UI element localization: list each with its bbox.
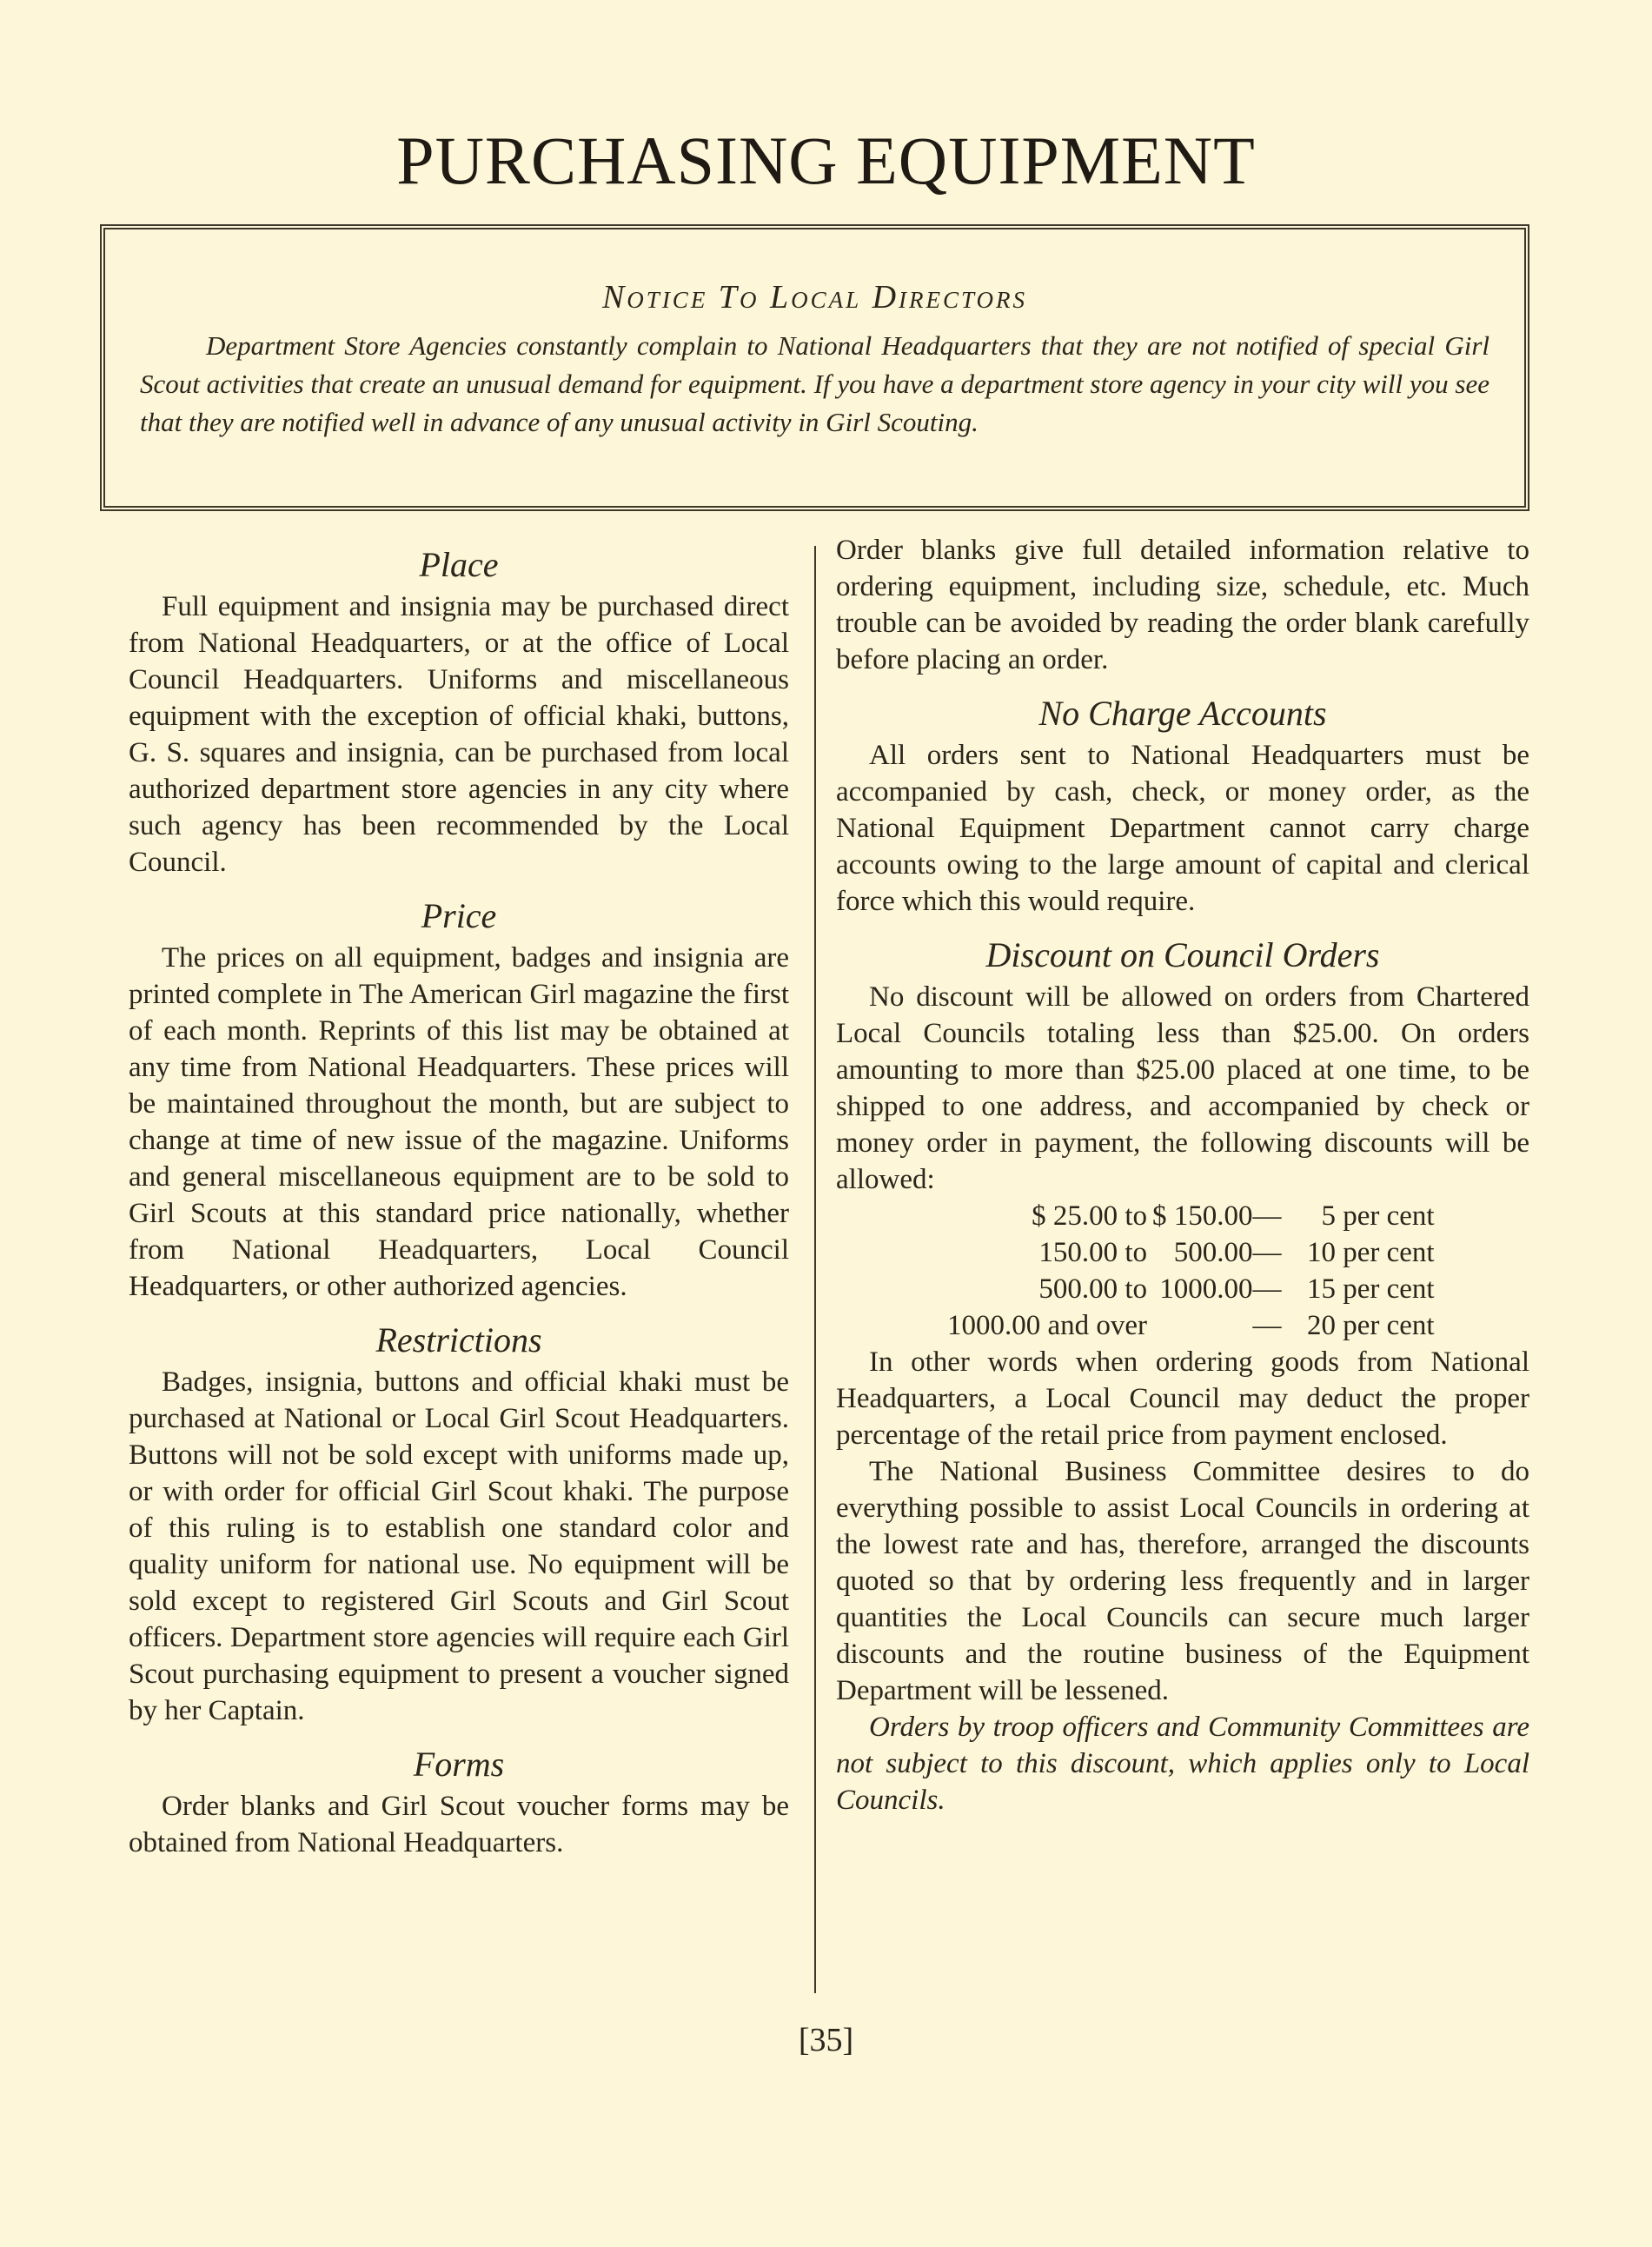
discount-to: 1000.00—	[1152, 1271, 1287, 1307]
discount-from: 150.00 to	[947, 1234, 1152, 1271]
discount-to: —	[1152, 1307, 1287, 1344]
discount-from: 1000.00 and over	[947, 1307, 1152, 1344]
section-heading-forms: Forms	[129, 1743, 789, 1786]
discount-row: 500.00 to 1000.00— 15 per cent	[947, 1271, 1440, 1307]
discount-percent: 5 per cent	[1287, 1198, 1440, 1234]
discount-row: 150.00 to 500.00— 10 per cent	[947, 1234, 1440, 1271]
paragraph: Order blanks and Girl Scout voucher form…	[129, 1788, 789, 1861]
paragraph: Order blanks give full detailed informat…	[836, 532, 1529, 678]
discount-percent: 10 per cent	[1287, 1234, 1440, 1271]
page-number: [35]	[0, 2021, 1652, 2059]
section-heading-no-charge: No Charge Accounts	[836, 692, 1529, 735]
section-place: Place Full equipment and insignia may be…	[129, 543, 789, 881]
column-divider	[814, 546, 816, 1993]
paragraph: The prices on all equipment, badges and …	[129, 940, 789, 1305]
paragraph: The National Business Committee desires …	[836, 1453, 1529, 1709]
discount-from: $ 25.00 to	[947, 1198, 1152, 1234]
page-title: PURCHASING EQUIPMENT	[0, 122, 1652, 200]
section-no-charge-accounts: No Charge Accounts All orders sent to Na…	[836, 692, 1529, 920]
discount-to: $ 150.00—	[1152, 1198, 1287, 1234]
section-discount: Discount on Council Orders No discount w…	[836, 934, 1529, 1818]
discount-to: 500.00—	[1152, 1234, 1287, 1271]
section-forms: Forms Order blanks and Girl Scout vouche…	[129, 1743, 789, 1861]
notice-heading: Notice To Local Directors	[105, 278, 1524, 316]
section-heading-discount: Discount on Council Orders	[836, 934, 1529, 977]
paragraph: In other words when ordering goods from …	[836, 1344, 1529, 1453]
left-column: Place Full equipment and insignia may be…	[129, 543, 789, 1875]
discount-from: 500.00 to	[947, 1271, 1152, 1307]
section-heading-restrictions: Restrictions	[129, 1319, 789, 1362]
discount-percent: 20 per cent	[1287, 1307, 1440, 1344]
paragraph: All orders sent to National Headquarters…	[836, 737, 1529, 920]
section-heading-place: Place	[129, 543, 789, 587]
notice-box: Notice To Local Directors Department Sto…	[100, 224, 1529, 511]
notice-body: Department Store Agencies constantly com…	[140, 327, 1489, 442]
paragraph: No discount will be allowed on orders fr…	[836, 979, 1529, 1198]
section-order-blanks: Order blanks give full detailed informat…	[836, 532, 1529, 678]
discount-row: 1000.00 and over — 20 per cent	[947, 1307, 1440, 1344]
paragraph: Full equipment and insignia may be purch…	[129, 588, 789, 881]
discount-percent: 15 per cent	[1287, 1271, 1440, 1307]
discount-row: $ 25.00 to $ 150.00— 5 per cent	[947, 1198, 1440, 1234]
paragraph-italic-note: Orders by troop officers and Community C…	[836, 1709, 1529, 1818]
paragraph: Badges, insignia, buttons and official k…	[129, 1364, 789, 1729]
section-heading-price: Price	[129, 894, 789, 938]
section-price: Price The prices on all equipment, badge…	[129, 894, 789, 1305]
discount-table: $ 25.00 to $ 150.00— 5 per cent 150.00 t…	[947, 1198, 1440, 1344]
right-column: Order blanks give full detailed informat…	[836, 532, 1529, 1832]
section-restrictions: Restrictions Badges, insignia, buttons a…	[129, 1319, 789, 1729]
